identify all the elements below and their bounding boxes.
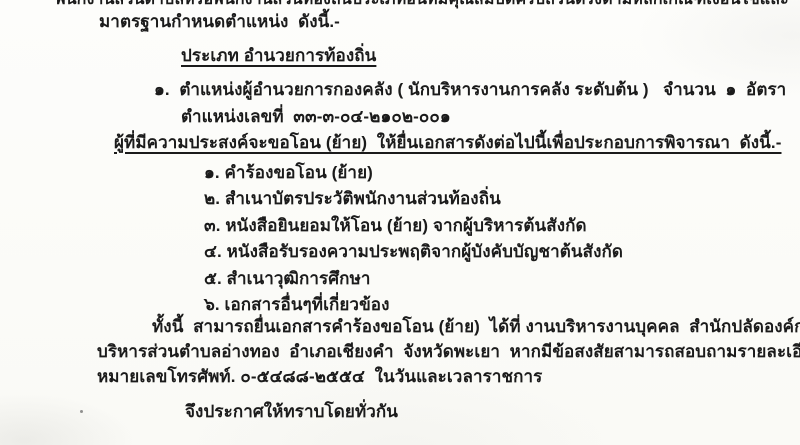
requirement-item-6: ๖. เอกสารอื่นๆที่เกี่ยวข้อง: [204, 292, 623, 318]
document-page: พนักงานส่วนตำบลหรือพนักงานส่วนท้องถิ่นปร…: [0, 0, 800, 445]
requirement-item-3: ๓. หนังสือยินยอมให้โอน (ย้าย) จากผู้บริห…: [204, 213, 623, 239]
requirement-item-4: ๔. หนังสือรับรองความประพฤติจากผู้บังคับบ…: [204, 239, 623, 265]
final-announcement-line: จึงประกาศให้ทราบโดยทั่วกัน: [185, 401, 398, 423]
requirements-list: ๑. คำร้องขอโอน (ย้าย) ๒. สำเนาบัตรประวัต…: [204, 160, 623, 318]
position-title-line: ๑. ตำแหน่งผู้อำนวยการกองคลัง ( นักบริหาร…: [154, 79, 786, 101]
closing-paragraph-line-1: ทั้งนี้ สามารถยื่นเอกสารคำร้องขอโอน (ย้า…: [152, 316, 800, 338]
position-number-line: ตำแหน่งเลขที่ ๓๓-๓-๐๔-๒๑๐๒-๐๐๑: [181, 106, 451, 128]
category-heading: ประเภท อำนวยการท้องถิ่น: [181, 45, 376, 67]
requirements-heading: ผู้ที่มีความประสงค์จะขอโอน (ย้าย) ให้ยื่…: [114, 132, 782, 154]
closing-paragraph-line-3: หมายเลขโทรศัพท์. ๐-๕๔๘๘-๒๕๕๔ ในวันและเวล…: [97, 366, 542, 388]
requirement-item-5: ๕. สำเนาวุฒิการศึกษา: [204, 266, 623, 292]
requirement-item-1: ๑. คำร้องขอโอน (ย้าย): [204, 160, 623, 186]
scan-speck: [80, 410, 83, 413]
intro-line-clipped: พนักงานส่วนตำบลหรือพนักงานส่วนท้องถิ่นปร…: [55, 0, 789, 11]
intro-line-2: มาตรฐานกำหนดตำแหน่ง ดังนี้.-: [99, 11, 340, 33]
closing-paragraph-line-2: บริหารส่วนตำบลอ่างทอง อำเภอเชียงคำ จังหว…: [97, 341, 800, 363]
requirement-item-2: ๒. สำเนาบัตรประวัติพนักงานส่วนท้องถิ่น: [204, 186, 623, 212]
